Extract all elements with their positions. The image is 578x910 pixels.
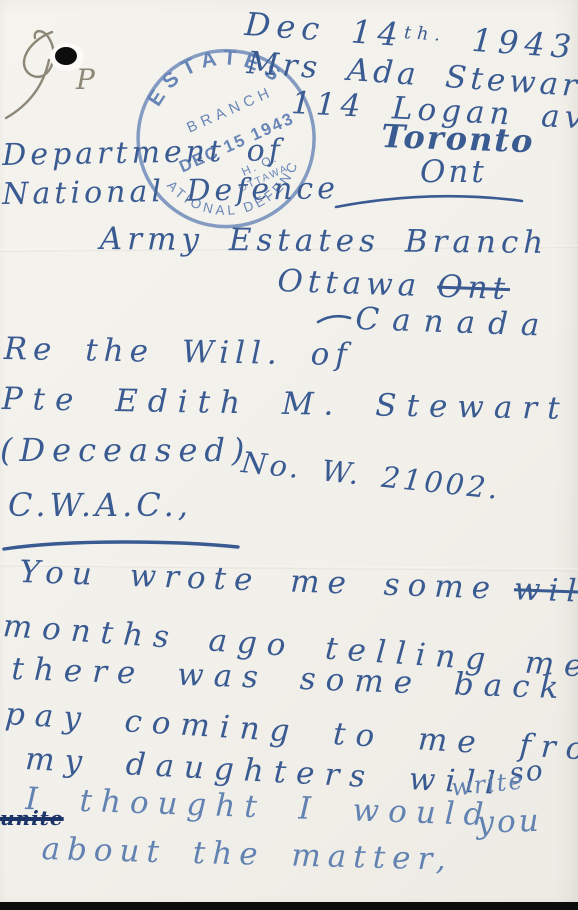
subject-unit: C.W.A.C., <box>8 489 192 521</box>
writer-province-line: Ont <box>420 157 487 188</box>
body-line-7: about the matter, <box>41 834 453 876</box>
date-year: 1943 <box>471 21 578 66</box>
writer-city-line: Toronto <box>381 120 535 157</box>
subject-line-2: Pte Edith M. Stewart <box>1 384 569 425</box>
pencil-flourish <box>6 31 54 118</box>
underline-flourish-ont <box>336 196 522 207</box>
recipient-city-line: OttawaOnt <box>277 266 511 305</box>
body-line-1-struck-word: will <box>513 571 578 610</box>
recipient-province-struck: Ont <box>437 269 511 308</box>
scan-edge-bar <box>0 902 578 910</box>
body-line-6-tail: you <box>476 806 542 839</box>
pencil-letter: P <box>76 66 95 94</box>
body-line-6-inserted-word: write <box>450 768 526 800</box>
body-line-1: You wrote me somewill <box>19 557 578 608</box>
subject-line-1: Re the Will. of <box>3 334 353 371</box>
recipient-line-1: Department of <box>2 136 284 171</box>
recipient-line-2: National Defence <box>2 174 339 210</box>
body-line-1-text: You wrote me some <box>19 554 499 607</box>
date-ordinal: th. <box>403 23 446 46</box>
subject-service-number: No. W. 21002. <box>240 448 502 504</box>
recipient-country-line: Canada <box>355 304 553 342</box>
canada-lead-flourish <box>318 316 350 322</box>
recipient-city: Ottawa <box>277 263 422 304</box>
underline-cwac <box>4 542 238 549</box>
letter-page: P ESTATES NATIONAL DEFENCE BRANCH DEC 15… <box>0 0 578 910</box>
subject-deceased: (Deceased) <box>0 434 251 466</box>
recipient-line-3: Army Estates Branch <box>100 224 549 259</box>
